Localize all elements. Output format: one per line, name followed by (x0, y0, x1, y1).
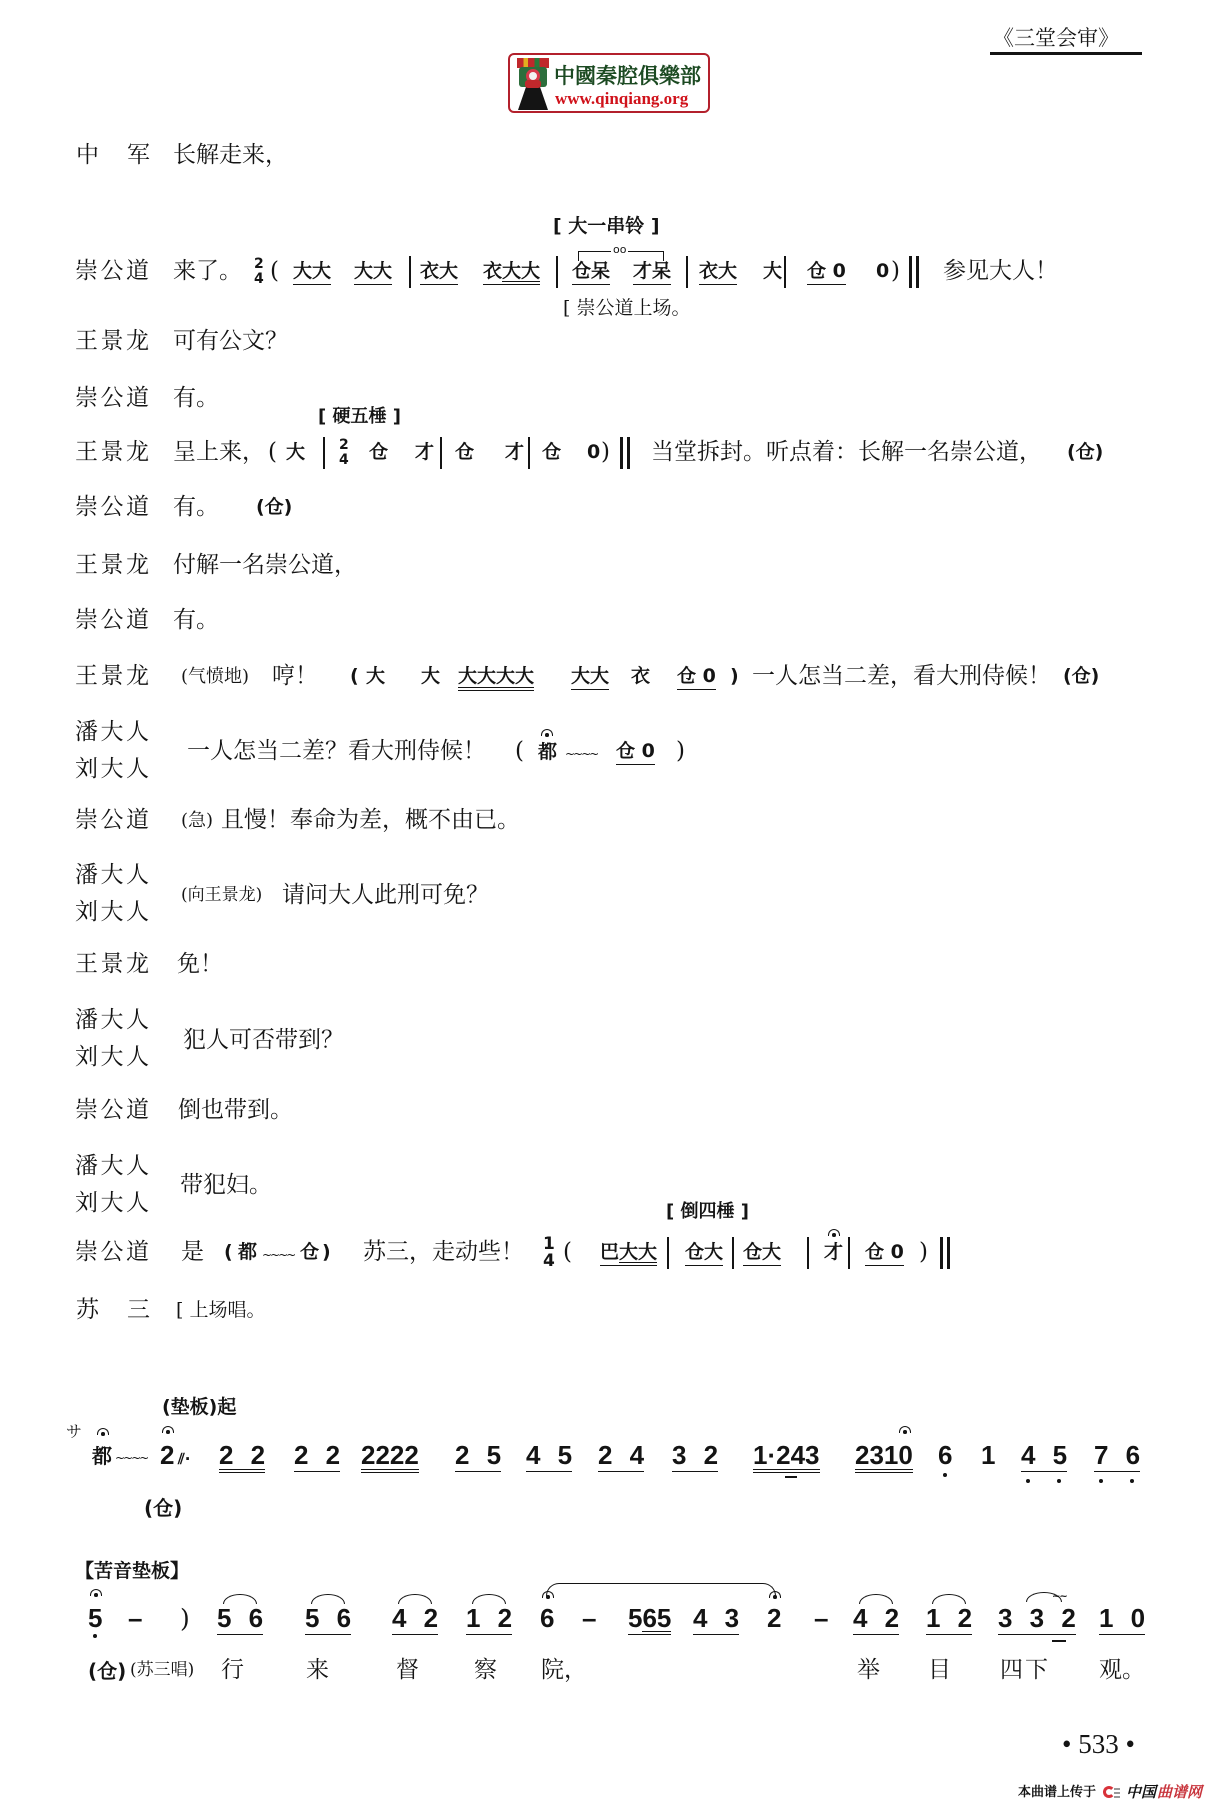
speaker-name: 王景龙 (75, 330, 149, 353)
close-paren: ) (891, 260, 900, 283)
percussion-note: 大大 (354, 262, 392, 285)
dash: – (814, 1605, 828, 1631)
close-paren: ) (676, 740, 685, 763)
percussion-note: 仓 0 (865, 1243, 904, 1266)
speaker-name: 苏 三 (76, 1299, 150, 1322)
percussion-note: 大 (763, 262, 782, 281)
percussion-note: 才 (505, 443, 524, 462)
note: 65 (642, 1605, 671, 1635)
dialogue-text: 当堂拆封。听点着：长解一名崇公道， (651, 441, 1042, 464)
acting-direction: (急) (181, 812, 213, 830)
close-paren: ) (180, 1606, 190, 1631)
speaker-name: 潘大人 (75, 721, 149, 744)
percussion-note: 仓 (455, 443, 474, 462)
qupai-label: [ 硬五棰 ] (318, 408, 401, 426)
note-group: 1·243 (753, 1442, 820, 1473)
open-paren: ( (224, 1243, 233, 1262)
tremolo-wave-icon: ~~~~ (262, 1249, 294, 1261)
note-group: 1 2 (926, 1605, 972, 1635)
bar-line (528, 437, 530, 469)
dialogue-text: 有。 (173, 387, 219, 410)
note-group: 3 2 (672, 1442, 718, 1472)
percussion-note: 0 (587, 443, 600, 462)
dialogue-text: 一人怎当二差，看大刑侍候！ (752, 665, 1051, 688)
fermata-icon (899, 1426, 911, 1433)
close-paren: ) (322, 1243, 331, 1262)
note-group: 2 5 (455, 1442, 501, 1472)
lyric-char: 督 (396, 1659, 419, 1682)
low-octave-dot (943, 1473, 947, 1477)
note: 1 (981, 1442, 995, 1468)
fermata-icon (542, 1591, 554, 1598)
dash: – (128, 1605, 142, 1631)
trill-icon: ~~ (1052, 1592, 1067, 1602)
note-group: 1 0 (1099, 1605, 1145, 1635)
dialogue-text: 付解一名崇公道， (173, 554, 357, 577)
tremolo-wave-icon: ~~~~ (115, 1452, 147, 1464)
dialogue-text: 有。 (173, 496, 219, 519)
percussion-note: 大大大大 (458, 667, 534, 691)
speaker-name: 刘大人 (75, 758, 149, 781)
lyric-char: 举 (857, 1659, 880, 1682)
bar-line (732, 1237, 734, 1269)
note: 5 (628, 1603, 642, 1633)
acting-direction: (气愤地) (181, 668, 249, 686)
percussion-note: 仓 0 (616, 742, 655, 765)
percussion-cue: (仓) (1063, 667, 1099, 686)
low-octave-dot (1130, 1479, 1134, 1483)
percussion-note: 0 (876, 262, 889, 281)
singer-label: (苏三唱) (130, 1662, 194, 1679)
dialogue-text: 苏三，走动些！ (363, 1241, 524, 1264)
free-meter-mark: サ (66, 1424, 82, 1440)
speaker-name: 崇公道 (75, 1241, 149, 1264)
bar-line (409, 256, 411, 288)
bar-line (323, 437, 325, 469)
site-name-red: 曲谱网 (1157, 1785, 1202, 1800)
page-number: • 533 • (1062, 1731, 1135, 1758)
speaker-name: 潘大人 (75, 864, 149, 887)
dialogue-text: 是 (181, 1241, 204, 1264)
dialogue-text: 哼！ (272, 665, 318, 688)
dialogue-text: 长解走来， (173, 144, 288, 167)
fermata-icon (828, 1229, 840, 1236)
low-octave-dot (1057, 1479, 1061, 1483)
speaker-name: 潘大人 (75, 1155, 149, 1178)
lyric-char: 目 (928, 1659, 951, 1682)
note-group: 7 6 (1094, 1442, 1140, 1472)
note-group: 4 5 (1021, 1442, 1067, 1472)
speaker-name: 刘大人 (75, 901, 149, 924)
percussion-note: 仓 (369, 443, 388, 462)
dialogue-text: 来了。 (173, 260, 242, 283)
percussion-note: 仓 (300, 1243, 319, 1262)
note-group: 5 6 (217, 1605, 263, 1635)
meter-bottom: 4 (543, 1253, 555, 1270)
percussion-note: 才呆 (633, 262, 671, 285)
percussion-note: 大大 (571, 667, 609, 690)
percussion-note: 都 (92, 1446, 112, 1466)
percussion-cue: (仓) (1067, 443, 1103, 462)
percussion-note: 才 (824, 1243, 843, 1262)
dash: – (582, 1605, 596, 1631)
meter-bottom: 4 (339, 453, 349, 468)
speaker-name: 崇公道 (75, 387, 149, 410)
play-title: 《三堂会审》 (993, 28, 1119, 49)
note-group: 4 2 (392, 1605, 438, 1635)
title-underline (990, 52, 1142, 55)
low-octave-dot (1099, 1479, 1103, 1483)
percussion-note: 大 (366, 667, 385, 686)
percussion-note: 才 (415, 443, 434, 462)
dialogue-text: 犯人可否带到？ (183, 1029, 344, 1052)
note-group: 2310 (855, 1442, 913, 1473)
bar-line (807, 1237, 809, 1269)
bar-line (784, 256, 786, 288)
dialogue-text: 参见大人！ (943, 260, 1058, 283)
percussion-note: 都 (238, 1243, 257, 1262)
note-group: 565 (628, 1605, 671, 1635)
speaker-name: 崇公道 (75, 260, 149, 283)
double-bar-line (620, 437, 630, 469)
note: 6 (938, 1442, 952, 1468)
fermata-icon (769, 1591, 781, 1598)
note-group: 2 2 (294, 1442, 340, 1472)
dialogue-text: 倒也带到。 (178, 1099, 293, 1122)
dialogue-text: 呈上来， (173, 441, 265, 464)
note-group: 2222 (361, 1442, 419, 1473)
percussion-note-group: 巴大大 (600, 1243, 657, 1266)
dialogue-text: 有。 (173, 609, 219, 632)
extra-beam (1052, 1640, 1066, 1642)
note-group: 3 3 2 (998, 1605, 1076, 1635)
qupai-label: [ 倒四棰 ] (666, 1203, 749, 1221)
note: 6 (540, 1605, 554, 1631)
percussion-note: 衣 (631, 667, 650, 686)
double-bar-line (909, 256, 919, 288)
speaker-name: 王景龙 (75, 953, 149, 976)
meter-top: 2 (254, 257, 264, 272)
long-tie (546, 1583, 776, 1596)
lyric-char: 观。 (1099, 1659, 1145, 1682)
percussion-note: 仓 (542, 443, 561, 462)
close-paren: ) (919, 1241, 928, 1264)
percussion-note: 大 (286, 443, 305, 462)
note-group: 4 5 (526, 1442, 572, 1472)
lyric-char: 行 (221, 1659, 244, 1682)
percussion-note: 巴 (600, 1241, 619, 1263)
low-octave-dot (1026, 1479, 1030, 1483)
time-signature: 2 4 (254, 257, 264, 287)
bar-line (440, 437, 442, 469)
note-group: 2 2 (219, 1442, 265, 1473)
dialogue-text: 且慢！奉命为差，概不由已。 (221, 809, 520, 832)
stage-direction: [ 崇公道上场。 (563, 299, 690, 318)
dialogue-text: 一人怎当二差？看大刑侍候！ (187, 740, 486, 763)
percussion-note: 仓大 (685, 1243, 723, 1266)
percussion-note: 衣大 (699, 262, 737, 285)
bar-line (686, 256, 688, 288)
percussion-note: 都 (538, 743, 557, 762)
opera-figure-icon (515, 58, 551, 110)
speaker-name: 潘大人 (75, 1009, 149, 1032)
upload-credit: 本曲谱上传于 (1018, 1786, 1096, 1799)
note-group: 1 2 (466, 1605, 512, 1635)
dialogue-text: 请问大人此刑可免？ (282, 884, 489, 907)
percussion-note: 仓 0 (677, 667, 716, 690)
qupu-site-icon (1103, 1786, 1121, 1800)
note-group: 5 6 (305, 1605, 351, 1635)
percussion-cue: (仓) (256, 498, 292, 517)
bar-line (667, 1237, 669, 1269)
speaker-name: 中 军 (76, 144, 150, 167)
close-paren: ) (601, 441, 610, 464)
extra-beam (785, 1476, 797, 1478)
percussion-note: 仓呆 (572, 262, 610, 285)
open-paren: ( (563, 1241, 572, 1264)
tremolo-wave-icon: ~~~~ (565, 748, 597, 760)
percussion-note: 大 (421, 667, 440, 686)
percussion-note: 大大 (502, 262, 540, 285)
note: 5 (88, 1605, 102, 1631)
speaker-name: 王景龙 (75, 665, 149, 688)
lyric-char: 四下 (1000, 1659, 1050, 1682)
percussion-note: 衣 (483, 260, 502, 282)
percussion-note: 仓大 (743, 1243, 781, 1266)
speaker-name: 王景龙 (75, 441, 149, 464)
open-paren: ( (270, 260, 279, 283)
fermata-icon (97, 1428, 109, 1435)
open-paren: ( (268, 441, 277, 464)
bar-line (556, 256, 558, 288)
fermata-icon (541, 729, 553, 736)
percussion-cue: (仓) (88, 1661, 126, 1681)
lyric-char: 察 (474, 1659, 497, 1682)
qinqiang-club-logo: 中國秦腔俱樂部 www.qinqiang.org (508, 53, 710, 113)
speaker-name: 崇公道 (75, 496, 149, 519)
open-paren: ( (350, 667, 359, 686)
close-paren: ) (730, 667, 739, 686)
tie-mark: oo (611, 244, 628, 255)
dialogue-text: 带犯妇。 (180, 1174, 272, 1197)
section-label: 【苦音垫板】 (75, 1562, 189, 1581)
time-signature: 1 4 (543, 1236, 555, 1270)
speaker-name: 崇公道 (75, 809, 149, 832)
lyric-char: 来 (306, 1659, 329, 1682)
percussion-note: 大大 (619, 1243, 657, 1266)
tremolo-mark: ⫽· (178, 1452, 190, 1467)
speaker-name: 王景龙 (75, 554, 149, 577)
percussion-note-group: 衣大大 (483, 262, 540, 285)
percussion-cue: (仓) (144, 1498, 182, 1518)
percussion-note: 大大 (293, 262, 331, 285)
low-octave-dot (93, 1634, 97, 1638)
acting-direction: (向王景龙) (181, 887, 262, 904)
percussion-note: 仓 0 (807, 262, 846, 285)
stage-direction: [ 上场唱。 (176, 1301, 265, 1320)
meter-bottom: 4 (254, 272, 264, 287)
note: 2 (767, 1605, 781, 1631)
note-group: 2 4 (598, 1442, 644, 1472)
fermata-icon (162, 1426, 174, 1433)
note-group: 4 2 (853, 1605, 899, 1635)
speaker-name: 崇公道 (75, 1099, 149, 1122)
lyric-char: 院， (541, 1659, 587, 1682)
meter-top: 2 (339, 438, 349, 453)
tempo-mark: (垫板)起 (162, 1398, 236, 1417)
dialogue-text: 可有公文？ (173, 330, 288, 353)
logo-name: 中國秦腔俱樂部 (554, 60, 701, 90)
dialogue-text: 免！ (177, 953, 223, 976)
note-group: 4 3 (693, 1605, 739, 1635)
fermata-icon (90, 1589, 102, 1596)
logo-url: www.qinqiang.org (555, 89, 688, 109)
speaker-name: 刘大人 (75, 1192, 149, 1215)
percussion-note: 衣大 (420, 262, 458, 285)
open-paren: ( (515, 740, 524, 763)
site-name-black: 中国 (1126, 1785, 1156, 1800)
time-signature: 2 4 (339, 438, 349, 468)
bar-line (848, 1237, 850, 1269)
qupai-label: [ 大一串铃 ] (553, 217, 660, 236)
note: 2 (160, 1442, 174, 1468)
double-bar-line (940, 1237, 950, 1269)
speaker-name: 崇公道 (75, 609, 149, 632)
speaker-name: 刘大人 (75, 1046, 149, 1069)
